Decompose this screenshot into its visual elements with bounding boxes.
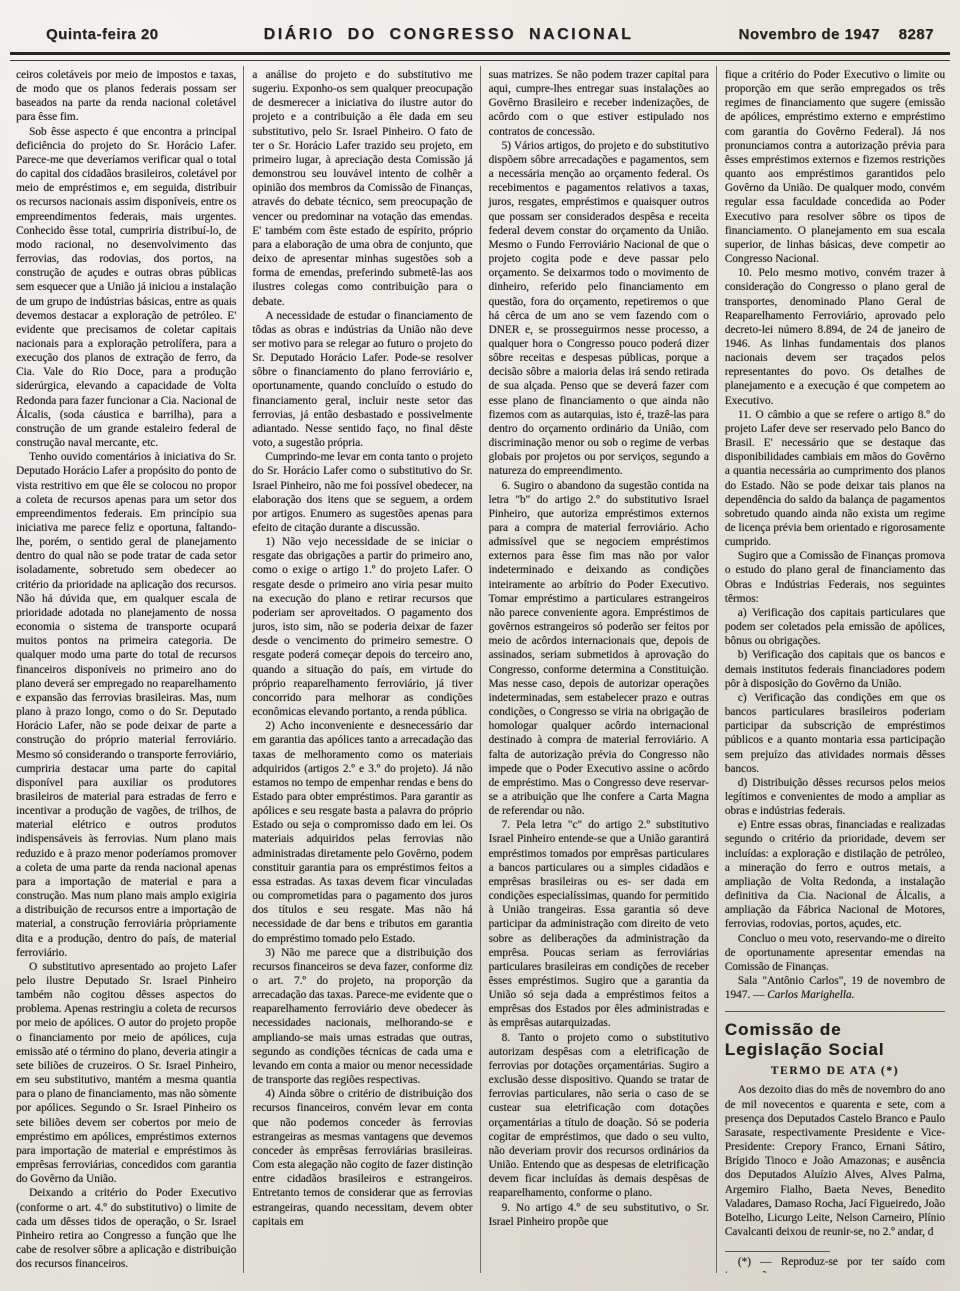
column-3: suas matrizes. Se não podem trazer capit… — [480, 66, 716, 1273]
paragraph: O substitutivo apresentado ao projeto La… — [16, 960, 236, 1187]
masthead: Quinta-feira 20 DIÁRIO DO CONGRESSO NACI… — [0, 0, 960, 52]
column-1: ceiros coletáveis por meio de impostos e… — [8, 66, 243, 1273]
paragraph: A necessidade de estudar o financiamento… — [252, 309, 472, 451]
paragraph: a) Verificação dos capitais particulares… — [725, 606, 945, 648]
newspaper-page: Quinta-feira 20 DIÁRIO DO CONGRESSO NACI… — [0, 0, 960, 1291]
column-4: fique a critério do Poder Executivo o li… — [716, 66, 952, 1273]
paragraph: 1) Não vejo necessidade de se iniciar o … — [252, 535, 472, 719]
paragraph: b) Verificação dos capitais que os banco… — [725, 648, 945, 690]
paragraph: 3) Não me parece que a distribuição dos … — [252, 946, 472, 1088]
paragraph: Sob êsse aspecto é que encontra a princi… — [16, 125, 236, 451]
paragraph: 4) Ainda sôbre o critério de distribuiçã… — [252, 1087, 472, 1229]
paragraph: d) Distribuição dêsses recursos pelos me… — [725, 776, 945, 818]
paragraph: 11. O câmbio a que se refere o artigo 8.… — [725, 408, 945, 550]
article-columns: ceiros coletáveis por meio de impostos e… — [0, 61, 960, 1273]
section-heading: Comissão de Legislação Social — [725, 1011, 945, 1060]
paragraph: 10. Pelo mesmo motivo, convém trazer à c… — [725, 266, 945, 408]
paragraph: Cumprindo-me levar em conta tanto o proj… — [252, 450, 472, 535]
paragraph: Deixando a critério do Poder Executivo (… — [16, 1186, 236, 1271]
masthead-date-text: Novembro de 1947 — [739, 26, 880, 43]
paragraph: Concluo o meu voto, reservando-me o dire… — [725, 932, 945, 974]
paragraph: Esses são os aspectos mais gerais que — [16, 1271, 236, 1273]
paragraph: 9. No artigo 4.º de seu substitutivo, o … — [489, 1201, 709, 1229]
paragraph: 5) Vários artigos, do projeto e do subst… — [489, 139, 709, 479]
masthead-page-number: 8287 — [899, 26, 934, 43]
footnote: (*) — Reproduz-se por ter saído com inco… — [725, 1251, 945, 1273]
paragraph: fique a critério do Poder Executivo o li… — [725, 68, 945, 266]
paragraph: 2) Acho inconveniente e desnecessário da… — [252, 719, 472, 946]
signature-name: Carlos Marighella. — [767, 989, 854, 1001]
paragraph: 6. Sugiro o abandono da sugestão contida… — [489, 479, 709, 819]
paragraph: suas matrizes. Se não podem trazer capit… — [489, 68, 709, 139]
signature: Sala "Antônio Carlos", 19 de novembro de… — [725, 974, 945, 1002]
paragraph: c) Verificação das condições em que os b… — [725, 691, 945, 776]
paragraph: Aos dezoito dias do mês de novembro do a… — [725, 1083, 945, 1239]
masthead-title: DIÁRIO DO CONGRESSO NACIONAL — [264, 26, 634, 44]
section-subheading: TERMO DE ATA (*) — [725, 1064, 945, 1078]
masthead-date: Novembro de 1947 8287 — [739, 26, 934, 43]
paragraph: Sugiro que a Comissão de Finanças promov… — [725, 549, 945, 606]
paragraph: Tenho ouvido comentários à iniciativa do… — [16, 450, 236, 960]
paragraph: e) Entre essas obras, financiadas e real… — [725, 818, 945, 931]
paragraph: a análise do projeto e do substitutivo m… — [252, 68, 472, 309]
paragraph: 7. Pela letra "c" do artigo 2.º substitu… — [489, 818, 709, 1030]
paragraph: 8. Tanto o projeto como o substitutivo a… — [489, 1031, 709, 1201]
masthead-divider — [10, 52, 950, 61]
column-2: a análise do projeto e do substitutivo m… — [243, 66, 479, 1273]
paragraph: ceiros coletáveis por meio de impostos e… — [16, 68, 236, 125]
masthead-weekday: Quinta-feira 20 — [46, 26, 159, 43]
